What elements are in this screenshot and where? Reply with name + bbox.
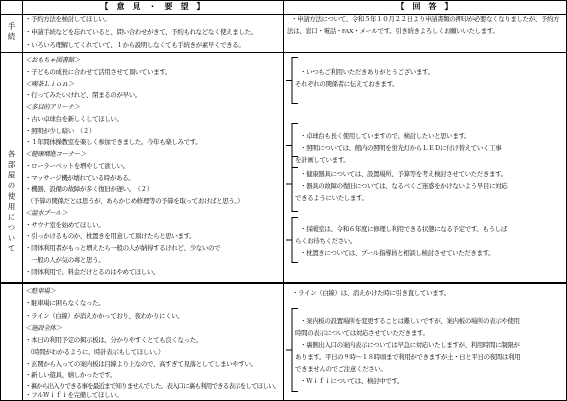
section-label: ＜多目的アリーナ＞: [25, 104, 80, 112]
opinion-line: ・フルＷｉｆｉを完備してほしい。: [25, 392, 122, 400]
opinion-line: ・サウナ室を始めてほしい。: [25, 222, 104, 230]
opinion-line: ・団体利用者がもっと増えたら一般の人が納得するけれど、少ないので: [25, 245, 220, 253]
answer-line: ・いつもご利用いただきありがとうございます。: [300, 69, 434, 77]
answer-line: ・枕置きについては、プール指導員と相談し検討させていただきます。: [300, 250, 494, 258]
answer-line: を計画しています。: [295, 157, 349, 165]
answer-line: 時間の表示については対応させていただきます。: [295, 330, 429, 338]
opinion-line: ・いろいろ理解してくれていて、１から説明しなくても手続きが素早くできる。: [25, 42, 244, 50]
section-label: ＜温水プール＞: [25, 210, 67, 218]
brace-icon: [286, 156, 298, 217]
grid-line: [0, 0, 1, 401]
opinion-line: 一般の人が気の毒と思う。: [25, 257, 104, 265]
opinion-line: ・ライン（白線）が消えかかっており、夜わかりにくい。: [25, 313, 183, 321]
opinion-line: ・照明が少し暗い （２）: [25, 128, 95, 136]
opinion-line: ・裏から出入りできる事を最近まで知りませんでした。表入口に裏も利用できる表示をし…: [25, 383, 279, 391]
opinion-line: ・１年間体操教室を楽しく参加できました。今年も楽しみです。: [25, 139, 201, 147]
feedback-response-document: 【 意 見 ・ 要 望 】 【 回 答 】 手続 各部屋の使用について ・予約方…: [0, 0, 567, 401]
row-label-procedures: 手続: [5, 22, 17, 43]
opinion-line: ・引っかけるものか、枕置きを用意して頂けたらと思います。: [25, 233, 195, 241]
opinion-line: ・子どもの成長に合わせて活用させて頂いています。: [25, 69, 171, 77]
answer-line: ・健康器具については、設置場所、予算等を考え検討させていただきます。: [300, 171, 507, 179]
section-label: ＜おもちゃ図書館＞: [25, 57, 80, 65]
answer-line: ・採暖室は、令和６年度に修理し利用できる状態になる予定です。もうしば: [300, 226, 507, 234]
answer-line: ・裏側出入口の案内表示については早急に対応いたしますが、利用時間に制限が: [300, 342, 519, 350]
opinion-line: ・駐車場に困らなくなった。: [25, 300, 104, 308]
answer-line: それぞれの関係者に伝えておきます。: [295, 81, 398, 89]
answers-column-header: 【 回 答 】: [283, 3, 566, 11]
opinion-line: ・機器、設備の故障が多く復旧が遅い。 （２）: [25, 186, 153, 194]
opinions-column-header: 【 意 見 ・ 要 望 】: [22, 3, 283, 11]
opinion-line: ・本日の利用予定の掲示板は、分かりやすくとても良くなった。: [25, 337, 202, 345]
opinion-line: ・行ってみたいけれど、閉まるのが早い。: [25, 92, 141, 100]
opinion-line: ・玄関から入っての案内板は目線より上なので、高すぎて見落としてしまいやすい。: [25, 361, 257, 369]
answer-line: ・Ｗｉｆｉについては、検討中です。: [300, 378, 403, 386]
section-label: ＜健康増進コーナー＞: [25, 151, 86, 159]
opinion-line: ・申請手続などを忘れていると、問い合わせがきて、予約もれなどなく使えました。: [25, 29, 257, 37]
answer-line: 法は、窓口・電話・FAX・メールです。引き続きよろしくお願いいたします。: [287, 28, 498, 36]
opinion-line: （予算の関係だとは思うが、あらかじめ修理等の予算を取っておけばと思う。）: [27, 198, 243, 206]
opinion-line: ・マッサージ機が壊れている時がある。: [25, 175, 134, 183]
answer-line: あります。平日の９時～１８時頃まで利用ができますが土・日と平日の夜間は利用: [295, 354, 520, 362]
answer-line: ・申請方法について、令和５年１０月２２日より申請書類の押印が必要なくなりましたが…: [291, 16, 559, 24]
grid-line: [22, 0, 23, 400]
opinion-line: ・ローラーベットを増やして欲しい。: [25, 163, 129, 171]
grid-line: [283, 0, 284, 400]
answer-line: ・照明については、館内の照明を蛍光灯からＬＥＤに付け替えていく工事: [300, 145, 501, 153]
opinion-line: ・団体利用で、料金だけとるのはやめてほしい。: [25, 269, 159, 277]
opinion-line: ・新しい遊具、嬉しかったです。: [25, 372, 116, 380]
answer-line: できるようにいたします。: [295, 195, 368, 203]
opinion-line: ・予約方法を検討してほしい。: [25, 16, 110, 24]
answer-line: ・ライン（白線）は、消えかけた時に引き直しています。: [292, 290, 450, 298]
answer-line: できませんのでご注意ください。: [295, 366, 387, 374]
section-label: ＜駐車場＞: [25, 288, 56, 296]
brace-icon: [286, 308, 298, 397]
section-label: ＜喫茶Ｌｉｏｎ＞: [25, 81, 74, 89]
opinion-line: ・古い卓球台を新しくしてほしい。: [25, 116, 123, 124]
answer-line: ・器具の故障の復旧については、なるべくご迷惑をかけないよう早目に対応: [300, 183, 507, 191]
section-label: ＜施設全体＞: [25, 325, 62, 333]
opinion-line: （時間がわかるように、時計表示もしてほしい。）: [27, 349, 164, 357]
answer-line: ・卓球台も長く使用していますので、検討したいと思います。: [300, 133, 470, 141]
answer-line: らくお待ちください。: [295, 238, 356, 246]
row-label-rooms: 各部屋の使用について: [5, 150, 17, 255]
answer-line: ・案内板の設置場所を変更することは難しいですが、案内板の場所の表示や使用: [300, 318, 520, 326]
